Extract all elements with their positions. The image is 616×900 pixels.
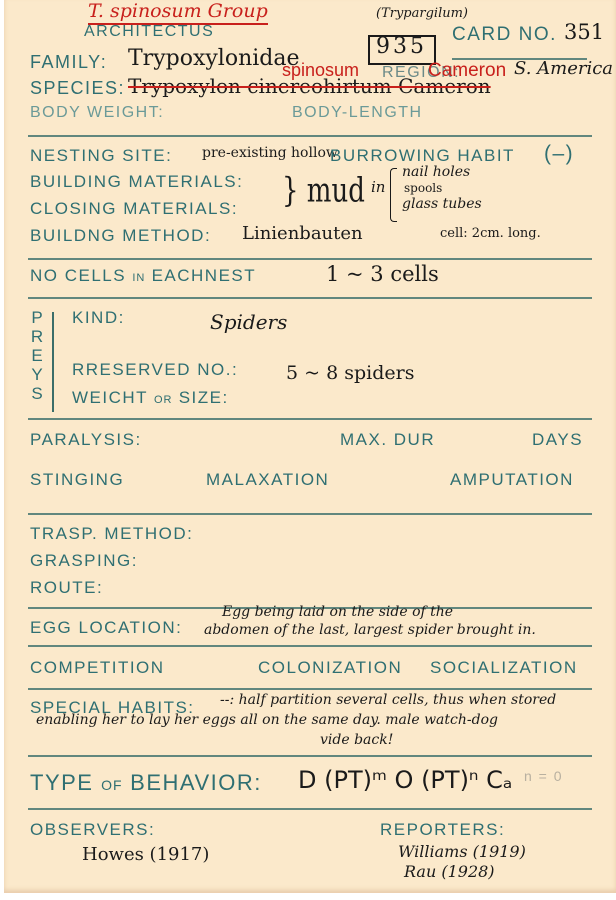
- cells-label-b: EACHNEST: [152, 266, 257, 285]
- reporter-item: Rau (1928): [404, 862, 495, 881]
- reporters-label: REPORTERS:: [380, 820, 505, 840]
- prey-kind-label: KIND:: [72, 308, 125, 328]
- behavior-note: n = 0: [524, 768, 563, 784]
- architectus-label: ARCHITECTUS: [84, 23, 214, 41]
- divider: [28, 297, 592, 299]
- building-method-label: BUILDNG METHOD:: [30, 226, 211, 246]
- reporter-item: Williams (1919): [398, 842, 526, 861]
- card-no-value: 351: [564, 20, 604, 44]
- burrowing-habit-label: BURROWING HABIT: [330, 146, 515, 166]
- transport-method-label: TRASP. METHOD:: [30, 524, 193, 544]
- divider: [28, 688, 592, 690]
- location-glass-tubes: glass tubes: [402, 196, 482, 212]
- divider: [28, 135, 592, 137]
- divider: [28, 645, 592, 647]
- divider: [28, 513, 592, 515]
- body-length-label: BODY-LENGTH: [292, 104, 423, 122]
- species-label: SPECIES:: [30, 78, 125, 99]
- cells-label-a: NO CELLS: [30, 266, 126, 285]
- cells-value: 1 ~ 3 cells: [326, 262, 439, 286]
- egg-location-line-1: Egg being laid on the side of the: [222, 604, 453, 620]
- cells-label: NO CELLS IN EACHNEST: [30, 266, 256, 286]
- preserved-number-label: RRESERVED NO.:: [72, 360, 238, 380]
- divider: [28, 418, 592, 420]
- preys-vertical-rule: [52, 312, 54, 412]
- competition-label: COMPETITION: [30, 658, 165, 678]
- card-no-label: CARD NO.: [452, 24, 557, 46]
- divider: [28, 755, 592, 757]
- location-nail-holes: nail holes: [402, 164, 470, 180]
- boxed-number: 935: [376, 34, 427, 59]
- preserved-number-value: 5 ~ 8 spiders: [286, 362, 414, 384]
- materials-value: } mud: [282, 172, 365, 211]
- stinging-label: STINGING: [30, 470, 124, 490]
- special-habits-line-1: --: half partition several cells, thus w…: [220, 692, 556, 708]
- paralysis-label: PARALYSIS:: [30, 430, 142, 450]
- divider: [28, 808, 592, 810]
- subgenus-annotation: (Trypargilum): [376, 6, 468, 21]
- body-weight-label: BODY WEIGHT:: [30, 104, 164, 122]
- cell-note: cell: 2cm. long.: [440, 226, 541, 241]
- observer-item: Howes (1917): [82, 844, 209, 865]
- max-dur-label: MAX. DUR: [340, 430, 435, 450]
- prey-weight-label: WEICHT OR SIZE:: [72, 388, 229, 408]
- grasping-label: GRASPING:: [30, 551, 138, 571]
- malaxation-label: MALAXATION: [206, 470, 329, 490]
- special-habits-line-3: vide back!: [320, 732, 393, 748]
- behavior-label: TYPE OF BEHAVIOR:: [30, 770, 262, 796]
- preys-vertical-label: P R E Y S: [30, 308, 44, 403]
- family-value: Trypoxylonidae: [128, 46, 300, 71]
- nesting-site-label: NESTING SITE:: [30, 146, 172, 166]
- prey-kind-value: Spiders: [210, 310, 287, 334]
- building-materials-label: BUILDING MATERIALS:: [30, 172, 243, 192]
- cells-label-in: IN: [132, 272, 145, 284]
- egg-location-label: EGG LOCATION:: [30, 618, 182, 638]
- building-method-value: Linienbauten: [242, 223, 363, 244]
- divider: [28, 258, 592, 260]
- index-card: T. spinosum Group (Trypargilum) ARCHITEC…: [4, 0, 616, 893]
- group-annotation: T. spinosum Group: [88, 0, 268, 25]
- species-correction: spinosum: [282, 60, 359, 81]
- location-spools: spools: [404, 181, 442, 195]
- closing-materials-label: CLOSING MATERIALS:: [30, 199, 238, 219]
- in-label: in: [371, 178, 385, 196]
- colonization-label: COLONIZATION: [258, 658, 402, 678]
- locations-brace: [390, 168, 397, 222]
- family-label: FAMILY:: [30, 52, 107, 73]
- amputation-label: AMPUTATION: [450, 470, 574, 490]
- route-label: ROUTE:: [30, 578, 103, 598]
- behavior-formula: D (PT)ᵐ O (PT)ⁿ Cₐ: [298, 766, 512, 794]
- region-value: S. America: [514, 58, 613, 79]
- days-label: DAYS: [532, 430, 583, 450]
- burrowing-habit-value: (–): [544, 142, 574, 166]
- nesting-site-value: pre-existing hollow: [202, 145, 338, 161]
- observers-label: OBSERVERS:: [30, 820, 155, 840]
- egg-location-line-2: abdomen of the last, largest spider brou…: [204, 622, 536, 638]
- special-habits-line-2: enabling her to lay her eggs all on the …: [36, 712, 498, 728]
- socialization-label: SOCIALIZATION: [430, 658, 578, 678]
- region-author: Cameron: [428, 60, 506, 82]
